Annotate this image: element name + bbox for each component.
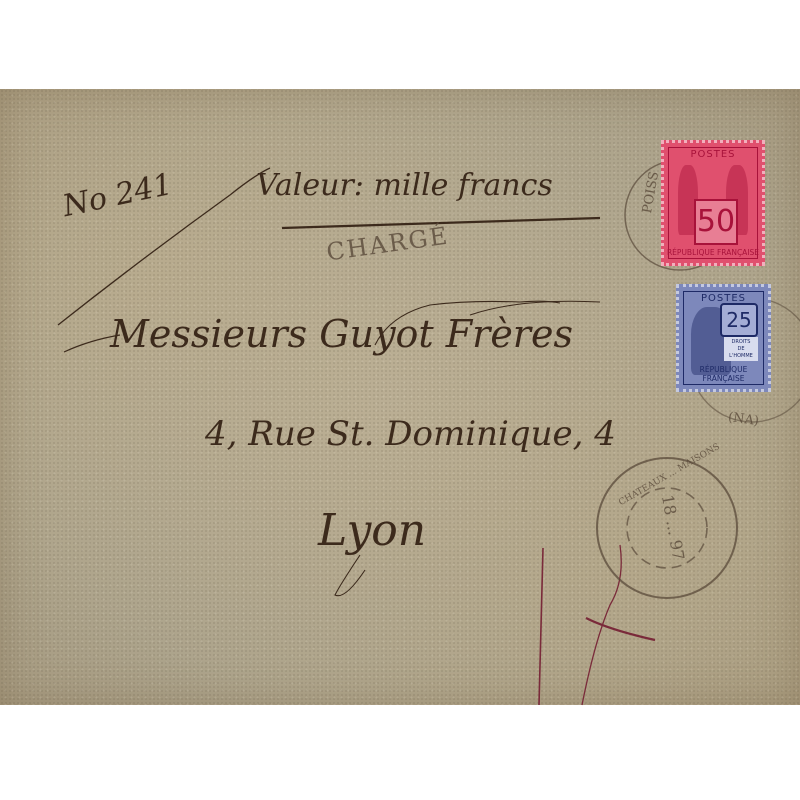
stamp-bottom-label: RÉPUBLIQUE FRANÇAISE [679, 365, 768, 383]
stamp-50-centimes: POSTES 50 RÉPUBLIQUE FRANÇAISE [661, 140, 765, 266]
stamp-tablet: DROITS DE L'HOMME [724, 337, 758, 361]
stamp-top-label: POSTES [664, 149, 762, 160]
stamp-25-centimes: POSTES 25 DROITS DE L'HOMME RÉPUBLIQUE F… [676, 284, 771, 392]
declared-value: Valeur: mille francs [256, 168, 553, 203]
recipient-street: 4, Rue St. Dominique, 4 [205, 414, 616, 454]
tablet-line: DE [724, 346, 758, 353]
stamp-value: 25 [720, 303, 758, 337]
recipient-name: Messieurs Guyot Frères [110, 312, 573, 356]
tablet-line: L'HOMME [724, 353, 758, 360]
recipient-city: Lyon [318, 505, 426, 556]
stamp-value: 50 [694, 199, 738, 245]
tablet-line: DROITS [724, 339, 758, 346]
stamp-bottom-label: RÉPUBLIQUE FRANÇAISE [664, 248, 762, 257]
